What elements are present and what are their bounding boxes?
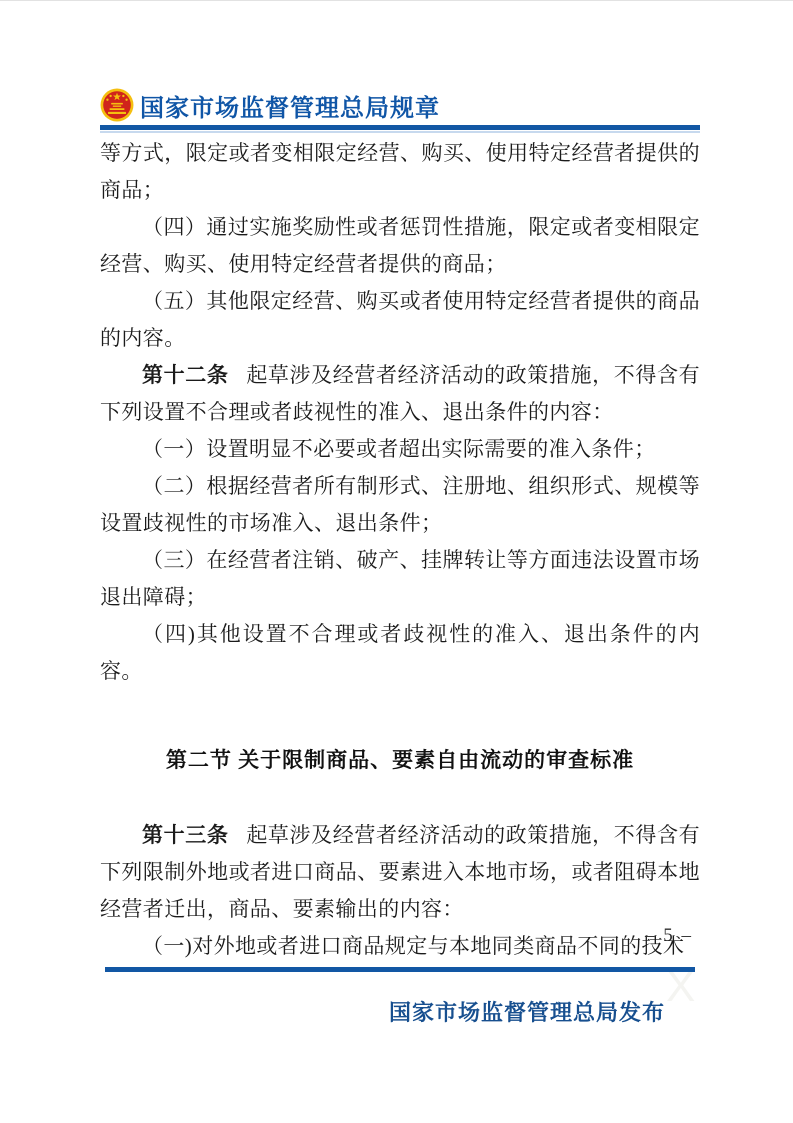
article-13-number: 第十三条 bbox=[142, 824, 228, 847]
header-rule bbox=[100, 125, 700, 130]
paragraph-item-2: （二）根据经营者所有制形式、注册地、组织形式、规模等设置歧视性的市场准入、退出条… bbox=[100, 468, 700, 542]
china-national-emblem-icon bbox=[100, 88, 134, 122]
paragraph-item-1: （一）设置明显不必要或者超出实际需要的准入条件； bbox=[100, 431, 700, 468]
article-12-number: 第十二条 bbox=[142, 364, 228, 387]
header-rule-light bbox=[100, 131, 700, 133]
document-page: 国家市场监督管理总局规章 等方式，限定或者变相限定经营、购买、使用特定经营者提供… bbox=[0, 0, 793, 1123]
paragraph-continuation: 等方式，限定或者变相限定经营、购买、使用特定经营者提供的商品； bbox=[100, 135, 700, 209]
publisher-line: 国家市场监督管理总局发布 bbox=[389, 996, 665, 1027]
header-row: 国家市场监督管理总局规章 bbox=[100, 87, 700, 123]
paragraph-item-3: （三）在经营者注销、破产、挂牌转让等方面违法设置市场退出障碍； bbox=[100, 542, 700, 616]
section-heading: 第二节 关于限制商品、要素自由流动的审查标准 bbox=[100, 742, 700, 779]
footer-rule bbox=[105, 967, 695, 972]
document-body: 等方式，限定或者变相限定经营、购买、使用特定经营者提供的商品； （四）通过实施奖… bbox=[100, 135, 700, 965]
paragraph-article-13: 第十三条起草涉及经营者经济活动的政策措施，不得含有下列限制外地或者进口商品、要素… bbox=[100, 817, 700, 928]
document-header: 国家市场监督管理总局规章 bbox=[100, 87, 700, 133]
paragraph-article-12: 第十二条起草涉及经营者经济活动的政策措施，不得含有下列设置不合理或者歧视性的准入… bbox=[100, 357, 700, 431]
header-title: 国家市场监督管理总局规章 bbox=[140, 88, 440, 123]
paragraph-item-1b: （一)对外地或者进口商品规定与本地同类商品不同的技术 bbox=[100, 928, 700, 965]
paragraph-item-4b: （四)其他设置不合理或者歧视性的准入、退出条件的内容。 bbox=[100, 616, 700, 690]
paragraph-item-5: （五）其他限定经营、购买或者使用特定经营者提供的商品的内容。 bbox=[100, 283, 700, 357]
page-number: – 5 – bbox=[645, 925, 693, 947]
paragraph-item-4: （四）通过实施奖励性或者惩罚性措施，限定或者变相限定经营、购买、使用特定经营者提… bbox=[100, 209, 700, 283]
